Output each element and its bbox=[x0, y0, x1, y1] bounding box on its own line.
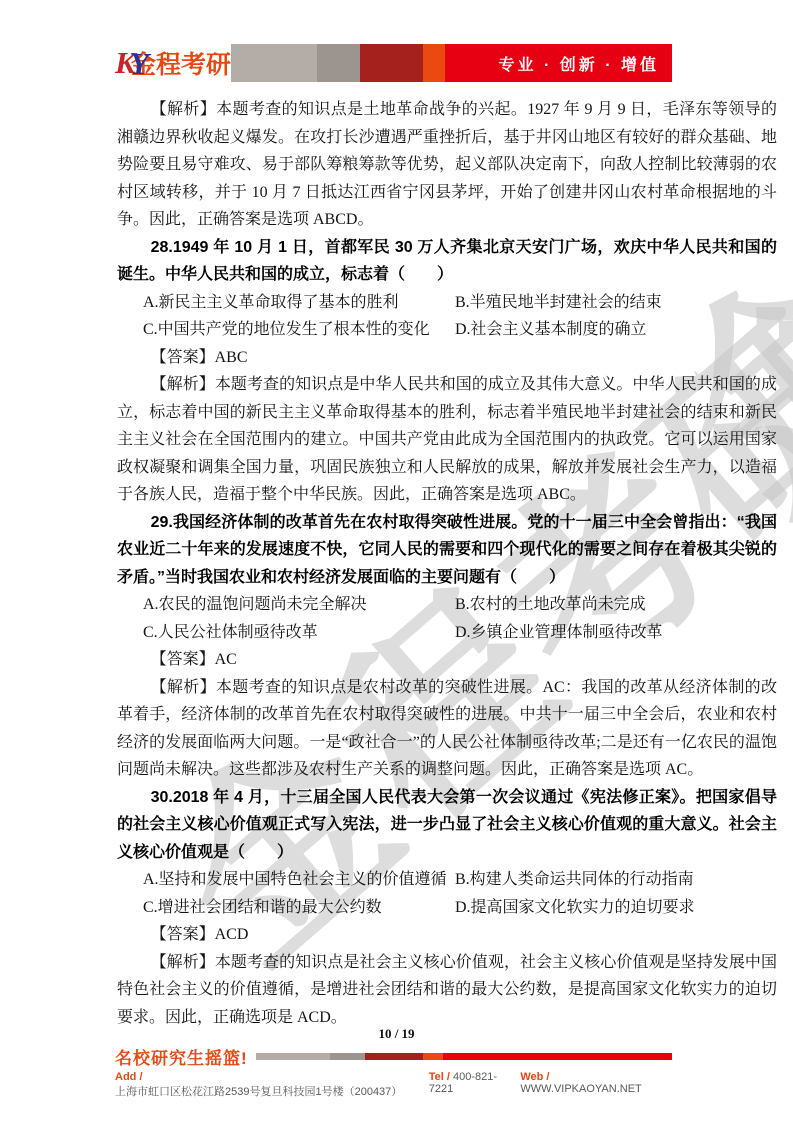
option-c: C.中国共产党的地位发生了根本性的变化 bbox=[143, 316, 455, 344]
brand-logo: KY 金程考研 bbox=[115, 44, 231, 82]
footer-color-bar bbox=[256, 1053, 672, 1060]
footer-tel: Tel / 400-821-7221 bbox=[429, 1071, 521, 1099]
analysis-paragraph-27: 【解析】本题考查的知识点是土地革命战争的兴起。1927 年 9 月 9 日，毛泽… bbox=[117, 96, 777, 234]
footer-contact-row: Add / 上海市虹口区松花江路2539号复旦科技园1号楼（200437） Te… bbox=[115, 1071, 672, 1099]
address-label: Add / bbox=[115, 1071, 143, 1083]
logo-letter-y: Y bbox=[130, 45, 149, 83]
page-footer: 名校研究生摇篮! Add / 上海市虹口区松花江路2539号复旦科技园1号楼（2… bbox=[115, 1046, 672, 1099]
footer-address: Add / 上海市虹口区松花江路2539号复旦科技园1号楼（200437） bbox=[115, 1071, 429, 1099]
footer-slogan-row: 名校研究生摇篮! bbox=[115, 1046, 672, 1066]
bar-segment-gray bbox=[330, 1053, 365, 1060]
web-label: Web / bbox=[520, 1071, 549, 1083]
option-b: B.农村的土地改革尚未完成 bbox=[455, 591, 777, 619]
option-a: A.新民主主义革命取得了基本的胜利 bbox=[143, 289, 455, 317]
document-page: 金程考研 金程考研 KY 金程考研 专业 · 创新 · 增值 【解析】本题考查的… bbox=[0, 0, 793, 1122]
options-row: A.坚持和发展中国特色社会主义的价值遵循B.构建人类命运共同体的行动指南 bbox=[117, 866, 777, 894]
bar-segment-orange bbox=[423, 1053, 443, 1060]
answer-30: 【答案】ACD bbox=[117, 921, 777, 949]
bar-segment-lightgray bbox=[256, 1053, 330, 1060]
header-color-bar: 专业 · 创新 · 增值 bbox=[231, 44, 672, 82]
analysis-paragraph-28: 【解析】本题考查的知识点是中华人民共和国的成立及其伟大意义。中华人民共和国的成立… bbox=[117, 371, 777, 509]
page-header: KY 金程考研 专业 · 创新 · 增值 bbox=[115, 44, 672, 82]
options-row: A.农民的温饱问题尚未完全解决B.农村的土地改革尚未完成 bbox=[117, 591, 777, 619]
document-content: 【解析】本题考查的知识点是土地革命战争的兴起。1927 年 9 月 9 日，毛泽… bbox=[117, 96, 777, 1031]
option-d: D.乡镇企业管理体制亟待改革 bbox=[455, 619, 777, 647]
option-b: B.半殖民地半封建社会的结束 bbox=[455, 289, 777, 317]
answer-29: 【答案】AC bbox=[117, 646, 777, 674]
option-c: C.增进社会团结和谐的最大公约数 bbox=[143, 894, 455, 922]
bar-segment-gray bbox=[317, 44, 360, 82]
web-value: WWW.VIPKAOYAN.NET bbox=[520, 1083, 641, 1095]
option-a: A.农民的温饱问题尚未完全解决 bbox=[143, 591, 455, 619]
page-number: 10 / 19 bbox=[0, 1026, 793, 1042]
question-29: 29.我国经济体制的改革首先在农村取得突破性进展。党的十一届三中全会曾指出：“我… bbox=[117, 509, 777, 592]
ky-logo-icon: KY bbox=[115, 44, 131, 82]
question-28: 28.1949 年 10 月 1 日，首都军民 30 万人齐集北京天安门广场，欢… bbox=[117, 234, 777, 289]
bar-segment-darkred bbox=[365, 1053, 423, 1060]
tel-label: Tel / bbox=[429, 1071, 450, 1083]
options-row: C.人民公社体制亟待改革D.乡镇企业管理体制亟待改革 bbox=[117, 619, 777, 647]
bar-segment-red bbox=[443, 1053, 672, 1060]
bar-segment-darkred bbox=[360, 44, 423, 82]
options-row: A.新民主主义革命取得了基本的胜利B.半殖民地半封建社会的结束 bbox=[117, 289, 777, 317]
bar-segment-red: 专业 · 创新 · 增值 bbox=[445, 44, 672, 82]
option-d: D.提高国家文化软实力的迫切要求 bbox=[455, 894, 777, 922]
footer-web: Web / WWW.VIPKAOYAN.NET bbox=[520, 1071, 672, 1099]
option-a: A.坚持和发展中国特色社会主义的价值遵循 bbox=[143, 866, 455, 894]
option-d: D.社会主义基本制度的确立 bbox=[455, 316, 777, 344]
option-b: B.构建人类命运共同体的行动指南 bbox=[455, 866, 777, 894]
options-row: C.中国共产党的地位发生了根本性的变化D.社会主义基本制度的确立 bbox=[117, 316, 777, 344]
bar-segment-orange bbox=[423, 44, 445, 82]
question-30: 30.2018 年 4 月，十三届全国人民代表大会第一次会议通过《宪法修正案》。… bbox=[117, 784, 777, 867]
address-value: 上海市虹口区松花江路2539号复旦科技园1号楼（200437） bbox=[115, 1086, 402, 1098]
footer-slogan: 名校研究生摇篮! bbox=[115, 1044, 248, 1069]
analysis-paragraph-29: 【解析】本题考查的知识点是农村改革的突破性进展。AC：我国的改革从经济体制的改革… bbox=[117, 674, 777, 784]
header-slogan: 专业 · 创新 · 增值 bbox=[499, 52, 659, 75]
answer-28: 【答案】ABC bbox=[117, 344, 777, 372]
bar-segment-lightgray bbox=[231, 44, 317, 82]
analysis-paragraph-30: 【解析】本题考查的知识点是社会主义核心价值观，社会主义核心价值观是坚持发展中国特… bbox=[117, 949, 777, 1032]
options-row: C.增进社会团结和谐的最大公约数D.提高国家文化软实力的迫切要求 bbox=[117, 894, 777, 922]
option-c: C.人民公社体制亟待改革 bbox=[143, 619, 455, 647]
